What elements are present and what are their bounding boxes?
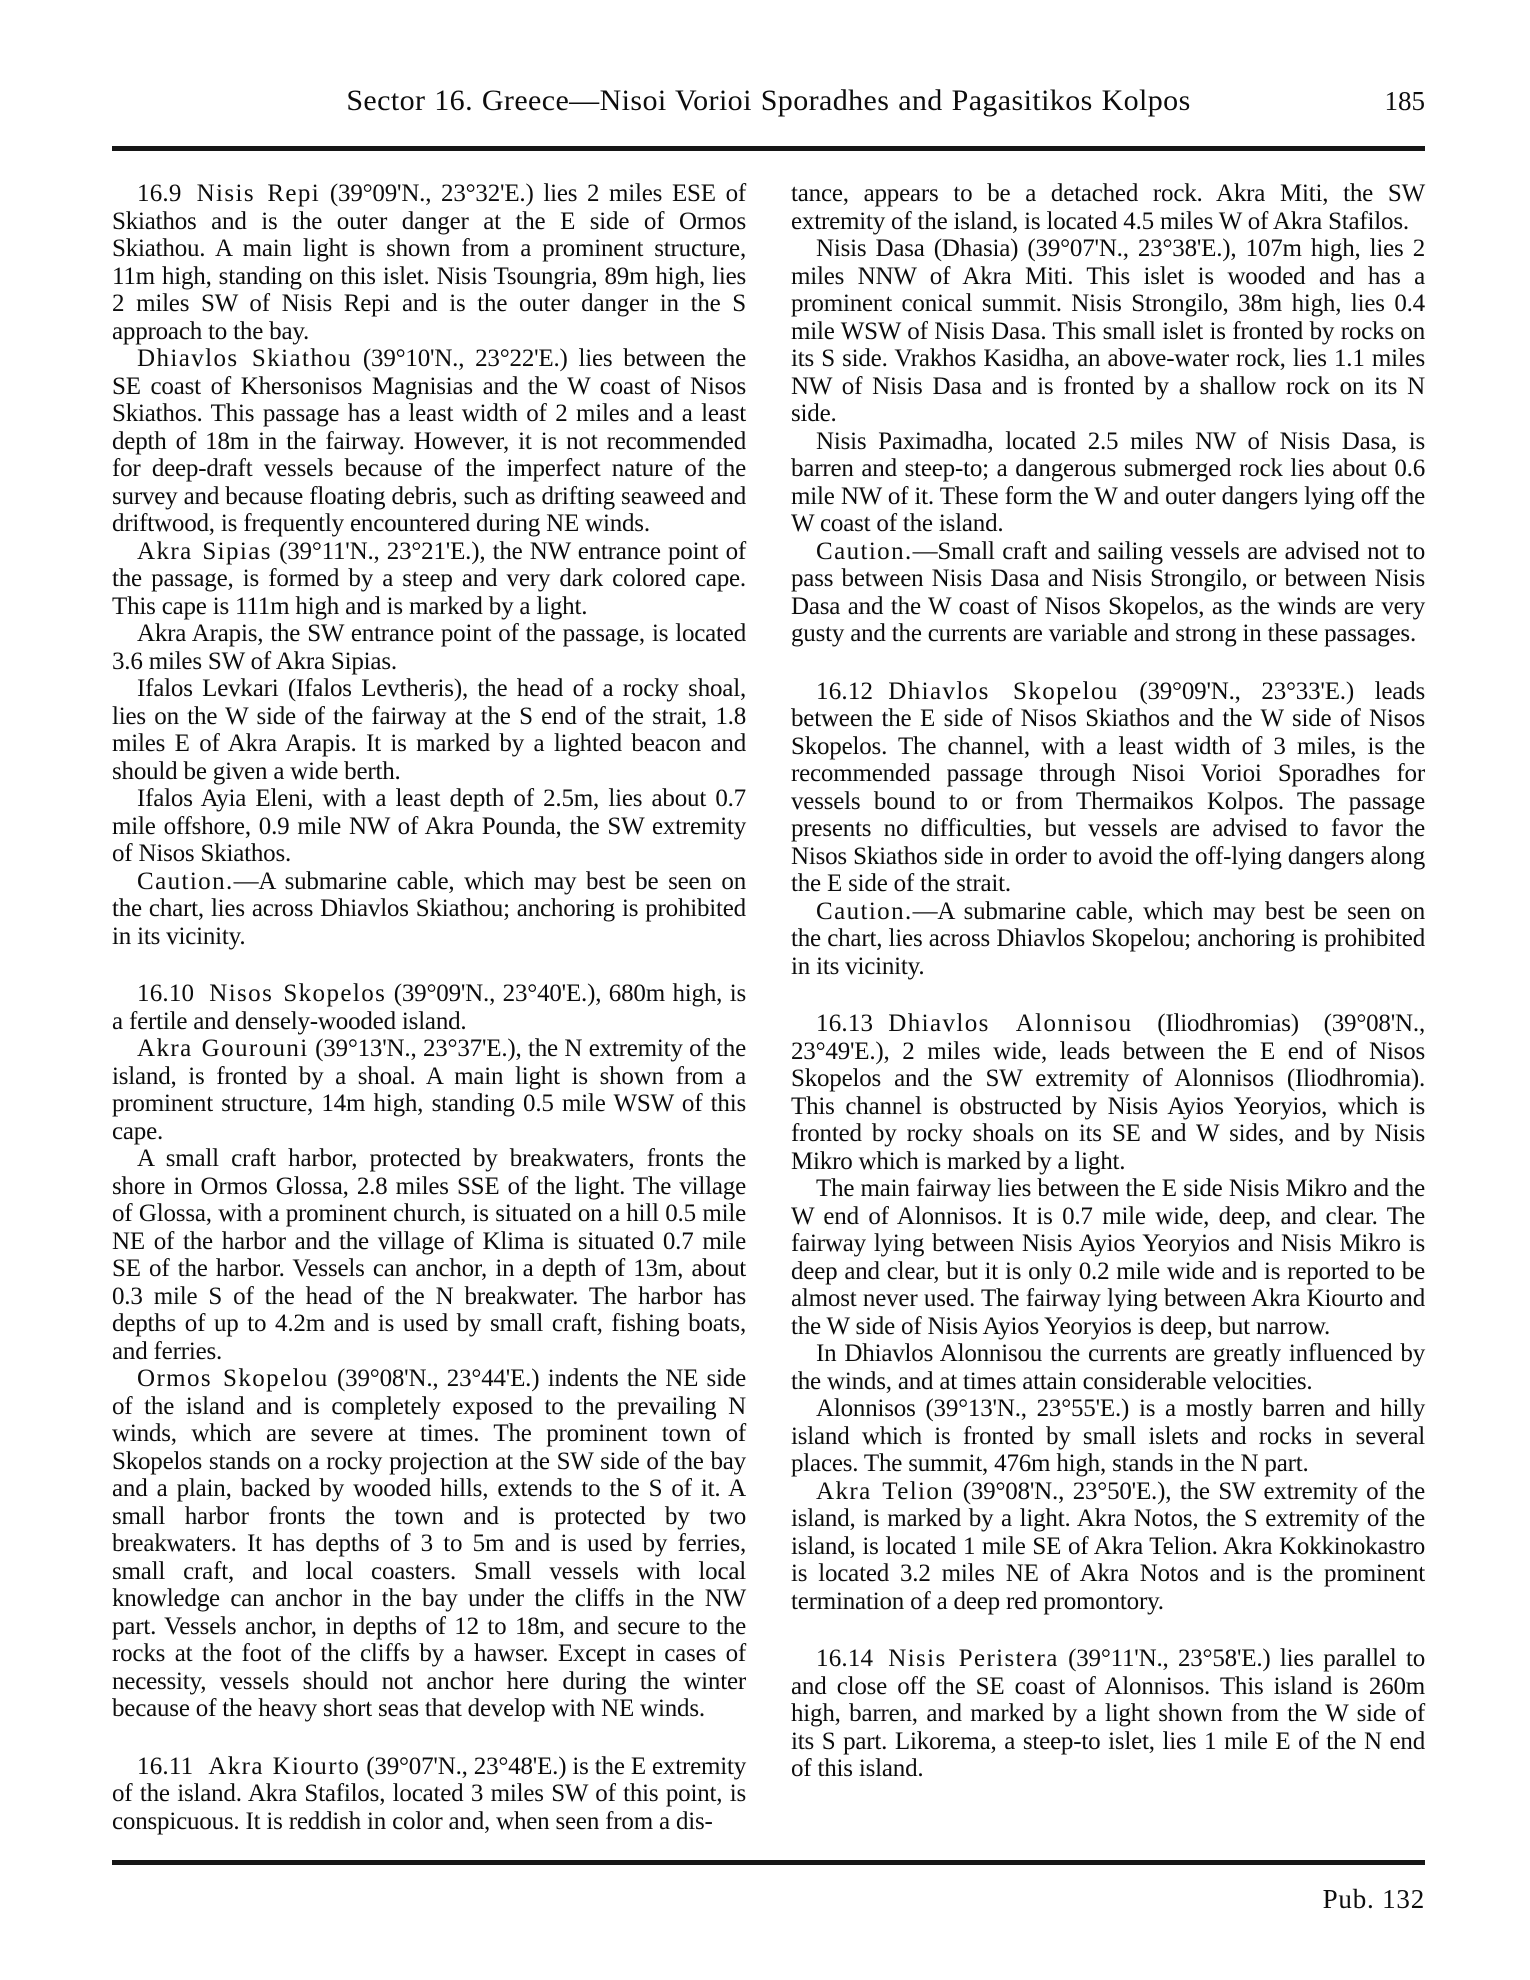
paragraph: 16.12Dhiavlos Skopelou (39°09'N., 23°33'…	[791, 678, 1425, 898]
feature-name: Ormos Skopelou	[137, 1365, 329, 1392]
paragraph-number: 16.10	[137, 980, 194, 1007]
section-header-title: Sector 16. Greece—Nisoi Vorioi Sporadhes…	[112, 84, 1425, 118]
feature-name: Dhiavlos Skiathou	[137, 345, 352, 372]
right-column: tance, appears to be a detached rock. Ak…	[791, 180, 1425, 1835]
header-rule	[112, 146, 1425, 151]
feature-name: Caution.	[816, 898, 913, 925]
paragraph: Ifalos Ayia Eleni, with a least depth of…	[112, 785, 746, 868]
publication-label: Pub. 132	[1323, 1884, 1425, 1915]
feature-name: Akra Telion	[816, 1478, 954, 1505]
paragraph: Akra Gourouni (39°13'N., 23°37'E.), the …	[112, 1035, 746, 1145]
page-header: Sector 16. Greece—Nisoi Vorioi Sporadhes…	[112, 84, 1425, 124]
paragraph: 16.14Nisis Peristera (39°11'N., 23°58'E.…	[791, 1645, 1425, 1783]
feature-name: Caution.	[137, 868, 234, 895]
footer-rule	[112, 1860, 1425, 1865]
text-columns: 16.9Nisis Repi (39°09'N., 23°32'E.) lies…	[112, 180, 1425, 1835]
paragraph: Akra Telion (39°08'N., 23°50'E.), the SW…	[791, 1478, 1425, 1616]
paragraph: Nisis Paximadha, located 2.5 miles NW of…	[791, 428, 1425, 538]
paragraph: Ormos Skopelou (39°08'N., 23°44'E.) inde…	[112, 1365, 746, 1723]
paragraph: 16.9Nisis Repi (39°09'N., 23°32'E.) lies…	[112, 180, 746, 345]
paragraph: Ifalos Levkari (Ifalos Levtheris), the h…	[112, 675, 746, 785]
paragraph: Akra Sipias (39°11'N., 23°21'E.), the NW…	[112, 538, 746, 621]
page-number: 185	[1385, 86, 1426, 117]
paragraph: Caution.—Small craft and sailing vessels…	[791, 538, 1425, 648]
paragraph: In Dhiavlos Alonnisou the currents are g…	[791, 1340, 1425, 1395]
paragraph: Caution.—A submarine cable, which may be…	[112, 868, 746, 951]
paragraph-number: 16.14	[816, 1645, 873, 1672]
paragraph: Caution.—A submarine cable, which may be…	[791, 898, 1425, 981]
paragraph-number: 16.9	[137, 180, 182, 207]
paragraph: Nisis Dasa (Dhasia) (39°07'N., 23°38'E.)…	[791, 235, 1425, 428]
feature-name: Dhiavlos Alonnisou	[888, 1010, 1132, 1037]
paragraph-number: 16.12	[816, 678, 873, 705]
paragraph: Dhiavlos Skiathou (39°10'N., 23°22'E.) l…	[112, 345, 746, 538]
paragraph: Akra Arapis, the SW entrance point of th…	[112, 620, 746, 675]
feature-name: Nisis Peristera	[888, 1645, 1058, 1672]
feature-name: Akra Kiourto	[208, 1753, 360, 1780]
paragraph: A small craft harbor, protected by break…	[112, 1145, 746, 1365]
feature-name: Akra Gourouni	[137, 1035, 309, 1062]
paragraph: 16.13Dhiavlos Alonnisou (Iliodhromias) (…	[791, 1010, 1425, 1175]
feature-name: Dhiavlos Skopelou	[888, 678, 1118, 705]
paragraph: 16.10Nisos Skopelos (39°09'N., 23°40'E.)…	[112, 980, 746, 1035]
paragraph: tance, appears to be a detached rock. Ak…	[791, 180, 1425, 235]
paragraph-number: 16.13	[816, 1010, 873, 1037]
paragraph: Alonnisos (39°13'N., 23°55'E.) is a most…	[791, 1395, 1425, 1478]
feature-name: Akra Sipias	[137, 538, 272, 565]
feature-name: Caution.	[816, 538, 913, 565]
paragraph: 16.11Akra Kiourto (39°07'N., 23°48'E.) i…	[112, 1753, 746, 1836]
feature-name: Nisos Skopelos	[209, 980, 386, 1007]
feature-name: Nisis Repi	[197, 180, 321, 207]
paragraph: The main fairway lies between the E side…	[791, 1175, 1425, 1340]
left-column: 16.9Nisis Repi (39°09'N., 23°32'E.) lies…	[112, 180, 746, 1835]
paragraph-number: 16.11	[137, 1753, 193, 1780]
document-page: Sector 16. Greece—Nisoi Vorioi Sporadhes…	[0, 0, 1530, 1980]
